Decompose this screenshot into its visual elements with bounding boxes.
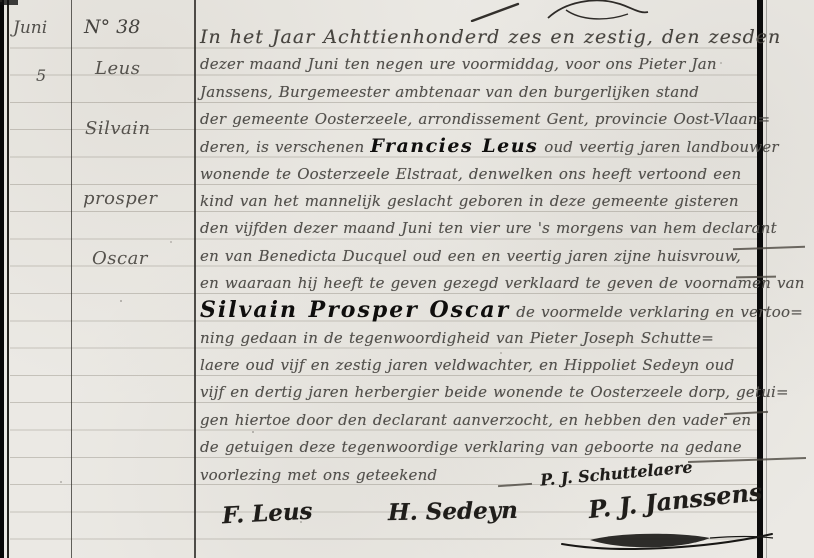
line-text: kind van het mannelijk geslacht geboren … [200, 192, 739, 210]
manuscript-line: der gemeente Oosterzeele, arrondissement… [200, 106, 762, 133]
line-text: vijf en dertig jaren herbergier beide wo… [200, 383, 789, 401]
manuscript-line: Silvain Prosper Oscar de voormelde verkl… [200, 297, 762, 324]
name-column-rule [194, 0, 196, 558]
left-border-outer-rule [0, 0, 4, 558]
manuscript-line: laere oud vijf en zestig jaren veldwacht… [200, 352, 762, 379]
margin-given-name-2: prosper [83, 188, 157, 209]
manuscript-line: vijf en dertig jaren herbergier beide wo… [200, 379, 762, 406]
line-text: de voormelde verklaring en vertoo= [510, 303, 803, 321]
act-number-value: 38 [116, 16, 140, 38]
line-text: wonende te Oosterzeele Elstraat, denwelk… [200, 165, 741, 183]
line-text: den vijfden dezer maand Juni ten vier ur… [200, 219, 777, 237]
father-signature: F. Leus [221, 498, 313, 530]
left-border-inner-rule [7, 0, 9, 558]
declarant-name-bold: Francies Leus [370, 135, 538, 157]
line-text: der gemeente Oosterzeele, arrondissement… [200, 110, 770, 128]
act-body-text: In het Jaar Achttienhonderd zes en zesti… [200, 24, 762, 489]
act-number-label: N° [84, 16, 110, 38]
act-number: N° 38 [84, 16, 140, 38]
margin-surname: Leus [95, 58, 140, 79]
manuscript-line: Janssens, Burgemeester ambtenaar van den… [200, 79, 762, 106]
line-text: de getuigen deze tegenwoordige verklarin… [200, 438, 742, 456]
manuscript-line: kind van het mannelijk geslacht geboren … [200, 188, 762, 215]
manuscript-line: deren, is verschenen Francies Leus oud v… [200, 133, 762, 160]
margin-day: 5 [36, 66, 46, 85]
manuscript-line: In het Jaar Achttienhonderd zes en zesti… [200, 24, 762, 51]
manuscript-line: ning gedaan in de tegenwoordigheid van P… [200, 325, 762, 352]
previous-act-paraph-flourish [470, 0, 670, 22]
line-text: en waaraan hij heeft te geven gezegd ver… [200, 274, 805, 292]
line-text: voorlezing met ons geteekend [200, 466, 437, 484]
margin-given-name-1: Silvain [85, 118, 151, 139]
line-text: dezer maand Juni ten negen ure voormidda… [200, 55, 717, 73]
manuscript-line: dezer maand Juni ten negen ure voormidda… [200, 51, 762, 78]
manuscript-line: en van Benedicta Ducquel oud een en veer… [200, 243, 762, 270]
manuscript-line: gen hiertoe door den declarant aanverzoc… [200, 407, 762, 434]
date-column-rule [71, 0, 72, 558]
line-text: gen hiertoe door den declarant aanverzoc… [200, 411, 751, 429]
line-text: ning gedaan in de tegenwoordigheid van P… [200, 329, 714, 347]
child-names-bold: Silvain Prosper Oscar [200, 297, 510, 323]
top-left-ink-smudge [0, 0, 18, 5]
witness2-signature: H. Sedeyn [388, 497, 518, 526]
line-text: In het Jaar Achttienhonderd zes en zesti… [200, 26, 781, 48]
paper-specks [0, 0, 2, 2]
line-text: oud veertig jaren landbouwer [538, 138, 778, 156]
margin-given-name-3: Oscar [92, 248, 148, 269]
register-page-scan: Juni 5 N° 38 Leus Silvain prosper Oscar … [0, 0, 814, 558]
manuscript-line: den vijfden dezer maand Juni ten vier ur… [200, 215, 762, 242]
line-text: laere oud vijf en zestig jaren veldwacht… [200, 356, 734, 374]
mayor-paraph-flourish [560, 524, 775, 552]
manuscript-line: de getuigen deze tegenwoordige verklarin… [200, 434, 762, 461]
line-text: Janssens, Burgemeester ambtenaar van den… [200, 83, 699, 101]
manuscript-line: en waaraan hij heeft te geven gezegd ver… [200, 270, 762, 297]
line-text: deren, is verschenen [200, 138, 370, 156]
manuscript-line: wonende te Oosterzeele Elstraat, denwelk… [200, 161, 762, 188]
margin-month: Juni [13, 18, 47, 38]
line-text: en van Benedicta Ducquel oud een en veer… [200, 247, 741, 265]
